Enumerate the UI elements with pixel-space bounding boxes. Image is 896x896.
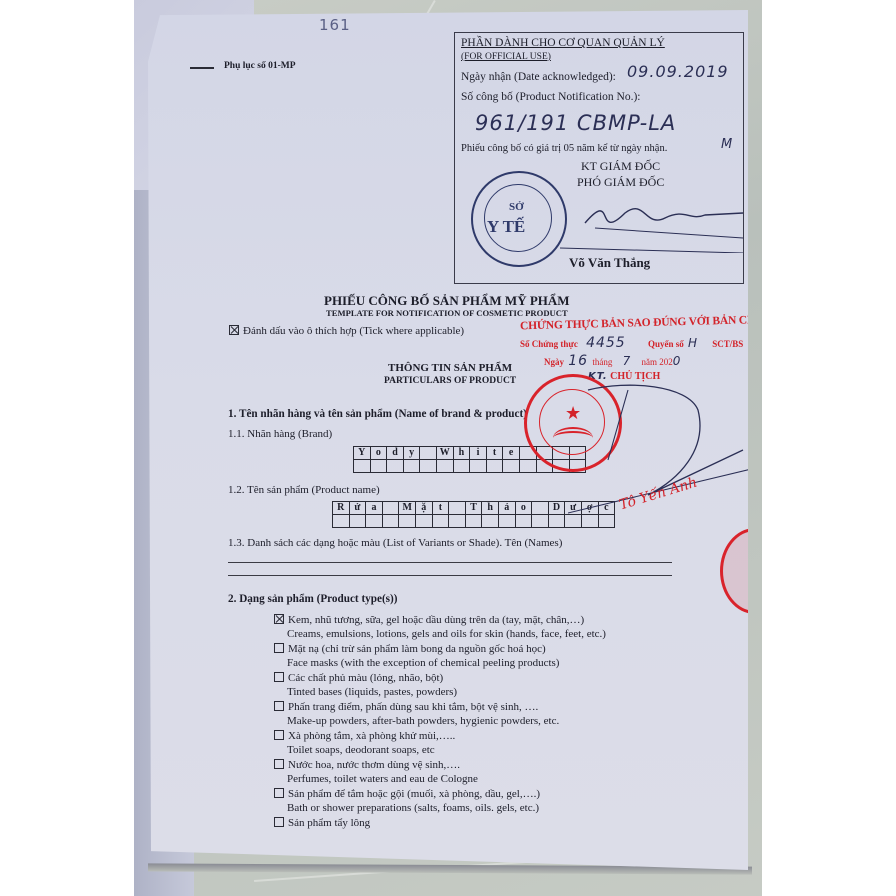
brand-empty-cell xyxy=(403,460,420,473)
certification-number-line: Số Chứng thực 4455 Quyển số H SCT/BS xyxy=(520,335,743,351)
signer-name: Võ Văn Thắng xyxy=(569,255,650,271)
product-name-empty-cell xyxy=(399,515,416,528)
document-photo: 161 Phụ lục số 01-MP PHẦN DÀNH CHO CƠ QU… xyxy=(134,0,762,896)
product-name-cell: M xyxy=(399,502,416,515)
partial-seal-edge xyxy=(720,528,762,614)
form-title-en: TEMPLATE FOR NOTIFICATION OF COSMETIC PR… xyxy=(326,308,568,318)
product-name-empty-cell xyxy=(548,515,565,528)
product-name-empty-cell xyxy=(366,515,383,528)
checkbox[interactable] xyxy=(274,759,284,769)
brand-cell: W xyxy=(436,447,453,460)
product-name-empty-cell xyxy=(432,515,449,528)
product-name-cell: R xyxy=(333,502,350,515)
product-name-cell xyxy=(449,502,466,515)
product-name-empty-cell xyxy=(465,515,482,528)
tick-instruction-text: Đánh dấu vào ô thích hợp (Tick where app… xyxy=(243,325,464,337)
product-type-en: Face masks (with the exception of chemic… xyxy=(274,656,559,670)
product-name-empty-cell xyxy=(415,515,432,528)
product-type-vi: Kem, nhũ tương, sữa, gel hoặc dầu dùng t… xyxy=(288,614,584,626)
checkbox[interactable] xyxy=(274,730,284,740)
brand-cell: Y xyxy=(354,447,371,460)
product-type-item: Phấn trang điểm, phấn dùng sau khi tắm, … xyxy=(274,700,559,728)
director-signature xyxy=(555,183,745,253)
brand-cell xyxy=(420,447,437,460)
product-type-item: Mặt nạ (chỉ trừ sản phẩm làm bong da ngu… xyxy=(274,642,559,670)
product-type-item: Sản phẩm tẩy lông xyxy=(274,816,370,830)
product-type-item: Kem, nhũ tương, sữa, gel hoặc dầu dùng t… xyxy=(274,613,606,641)
official-use-box: PHẦN DÀNH CHO CƠ QUAN QUẢN LÝ (FOR OFFIC… xyxy=(454,32,744,284)
notification-no-value: 961/191 CBMP-LA xyxy=(475,111,676,135)
cert-no-label: Số Chứng thực xyxy=(520,339,578,349)
product-type-en: Toilet soaps, deodorant soaps, etc xyxy=(274,743,455,757)
brand-empty-cell xyxy=(519,460,536,473)
product-name-cell: o xyxy=(515,502,532,515)
brand-empty-cell xyxy=(453,460,470,473)
appendix-label: Phụ lục số 01-MP xyxy=(224,61,296,71)
date-acknowledged-label: Ngày nhận (Date acknowledged): xyxy=(461,71,616,83)
brand-cell: y xyxy=(403,447,420,460)
variants-label: 1.3. Danh sách các dạng hoặc màu (List o… xyxy=(228,537,562,549)
product-type-vi: Phấn trang điểm, phấn dùng sau khi tắm, … xyxy=(288,701,538,713)
product-name-empty-cell xyxy=(498,515,515,528)
cert-day: 16 xyxy=(568,353,588,369)
product-type-en: Tinted bases (liquids, pastes, powders) xyxy=(274,685,457,699)
product-type-item: Sản phẩm để tắm hoặc gội (muối, xà phòng… xyxy=(274,787,540,815)
product-name-cell xyxy=(532,502,549,515)
product-type-item: Nước hoa, nước thơm dùng vệ sinh,….Perfu… xyxy=(274,758,478,786)
book-suffix: SCT/BS xyxy=(712,339,743,349)
date-prefix: Ngày xyxy=(544,357,564,367)
validity-note: Phiếu công bố có giá trị 05 năm kể từ ng… xyxy=(461,143,667,154)
validity-initials: M xyxy=(721,137,733,152)
brand-empty-cell xyxy=(354,460,371,473)
official-heading-vi: PHẦN DÀNH CHO CƠ QUAN QUẢN LÝ xyxy=(461,37,665,49)
chairman-signature xyxy=(568,370,762,540)
product-type-vi: Xà phòng tắm, xà phòng khử mùi,….. xyxy=(288,730,455,742)
seal-text-so: SỞ xyxy=(509,201,524,213)
product-name-cell: D xyxy=(548,502,565,515)
product-name-empty-cell xyxy=(333,515,350,528)
product-type-en: Make-up powders, after-bath powders, hyg… xyxy=(274,714,559,728)
section-1-heading: 1. Tên nhãn hàng và tên sản phẩm (Name o… xyxy=(228,408,527,420)
cert-no-value: 4455 xyxy=(586,335,626,351)
brand-empty-cell xyxy=(370,460,387,473)
official-heading-en: (FOR OFFICIAL USE) xyxy=(461,52,551,62)
checked-checkbox[interactable] xyxy=(274,614,284,624)
book-label: Quyển số xyxy=(648,339,684,349)
cert-month: 7 xyxy=(623,354,632,368)
product-type-item: Các chất phủ màu (lỏng, nhão, bột)Tinted… xyxy=(274,671,457,699)
certification-date-line: Ngày 16 tháng 7 năm 2020 xyxy=(544,353,681,369)
product-type-item: Xà phòng tắm, xà phòng khử mùi,…..Toilet… xyxy=(274,729,455,757)
product-name-cell: h xyxy=(482,502,499,515)
brand-empty-cell xyxy=(503,460,520,473)
product-name-empty-cell xyxy=(449,515,466,528)
month-label: tháng xyxy=(592,357,612,367)
product-name-empty-cell xyxy=(382,515,399,528)
product-name-cell: ặ xyxy=(415,502,432,515)
section-title-en: PARTICULARS OF PRODUCT xyxy=(384,376,516,386)
product-type-vi: Nước hoa, nước thơm dùng vệ sinh,…. xyxy=(288,759,460,771)
product-type-en: Perfumes, toilet waters and eau de Colog… xyxy=(274,772,478,786)
product-name-empty-cell xyxy=(482,515,499,528)
brand-empty-cell xyxy=(470,460,487,473)
date-acknowledged-value: 09.09.2019 xyxy=(627,62,729,81)
brand-cell: e xyxy=(503,447,520,460)
brand-empty-cell xyxy=(436,460,453,473)
section-title-vi: THÔNG TIN SẢN PHẨM xyxy=(388,362,512,374)
product-name-cell: ả xyxy=(498,502,515,515)
brand-cell: h xyxy=(453,447,470,460)
brand-empty-cell xyxy=(387,460,404,473)
product-name-empty-cell xyxy=(515,515,532,528)
variants-line-1 xyxy=(228,562,672,563)
checkbox[interactable] xyxy=(274,643,284,653)
checkbox[interactable] xyxy=(274,817,284,827)
checkbox[interactable] xyxy=(274,701,284,711)
brand-label: 1.1. Nhãn hàng (Brand) xyxy=(228,428,332,440)
brand-cell: o xyxy=(370,447,387,460)
brand-cell: d xyxy=(387,447,404,460)
checkbox[interactable] xyxy=(274,672,284,682)
book-value: H xyxy=(688,336,698,350)
brand-cell: i xyxy=(470,447,487,460)
section-2-heading: 2. Dạng sản phẩm (Product type(s)) xyxy=(228,593,397,605)
product-type-en: Bath or shower preparations (salts, foam… xyxy=(274,801,540,815)
brand-empty-cell xyxy=(486,460,503,473)
form-page: 161 Phụ lục số 01-MP PHẦN DÀNH CHO CƠ QU… xyxy=(148,10,748,870)
product-name-cell: T xyxy=(465,502,482,515)
margin-dash xyxy=(190,67,214,69)
seal-text-y-te: Y TẾ xyxy=(487,217,525,237)
form-title-vi: PHIẾU CÔNG BỐ SẢN PHẨM MỸ PHẨM xyxy=(324,293,570,309)
product-type-vi: Mặt nạ (chỉ trừ sản phẩm làm bong da ngu… xyxy=(288,643,546,655)
product-type-vi: Các chất phủ màu (lỏng, nhão, bột) xyxy=(288,672,443,684)
brand-empty-cell xyxy=(420,460,437,473)
brand-cell: t xyxy=(486,447,503,460)
year-label: năm 202 xyxy=(641,357,672,367)
signer-title-1: KT GIÁM ĐỐC xyxy=(581,159,660,174)
product-name-cell: a xyxy=(366,502,383,515)
checked-checkbox-icon xyxy=(229,325,239,335)
product-type-vi: Sản phẩm để tắm hoặc gội (muối, xà phòng… xyxy=(288,788,540,800)
product-name-empty-cell xyxy=(532,515,549,528)
product-type-en: Creams, emulsions, lotions, gels and oil… xyxy=(274,627,606,641)
cert-year-digit: 0 xyxy=(673,354,682,368)
notification-no-label: Số công bố (Product Notification No.): xyxy=(461,91,641,103)
product-name-label: 1.2. Tên sản phẩm (Product name) xyxy=(228,484,380,496)
product-name-cell: t xyxy=(432,502,449,515)
product-name-cell xyxy=(382,502,399,515)
variants-line-2 xyxy=(228,575,672,576)
product-type-vi: Sản phẩm tẩy lông xyxy=(288,817,370,829)
tick-instruction: Đánh dấu vào ô thích hợp (Tick where app… xyxy=(229,325,464,337)
product-name-cell: ử xyxy=(349,502,366,515)
product-name-empty-cell xyxy=(349,515,366,528)
health-department-seal: SỞ Y TẾ xyxy=(471,171,567,267)
checkbox[interactable] xyxy=(274,788,284,798)
handwritten-page-mark: 161 xyxy=(319,16,351,34)
